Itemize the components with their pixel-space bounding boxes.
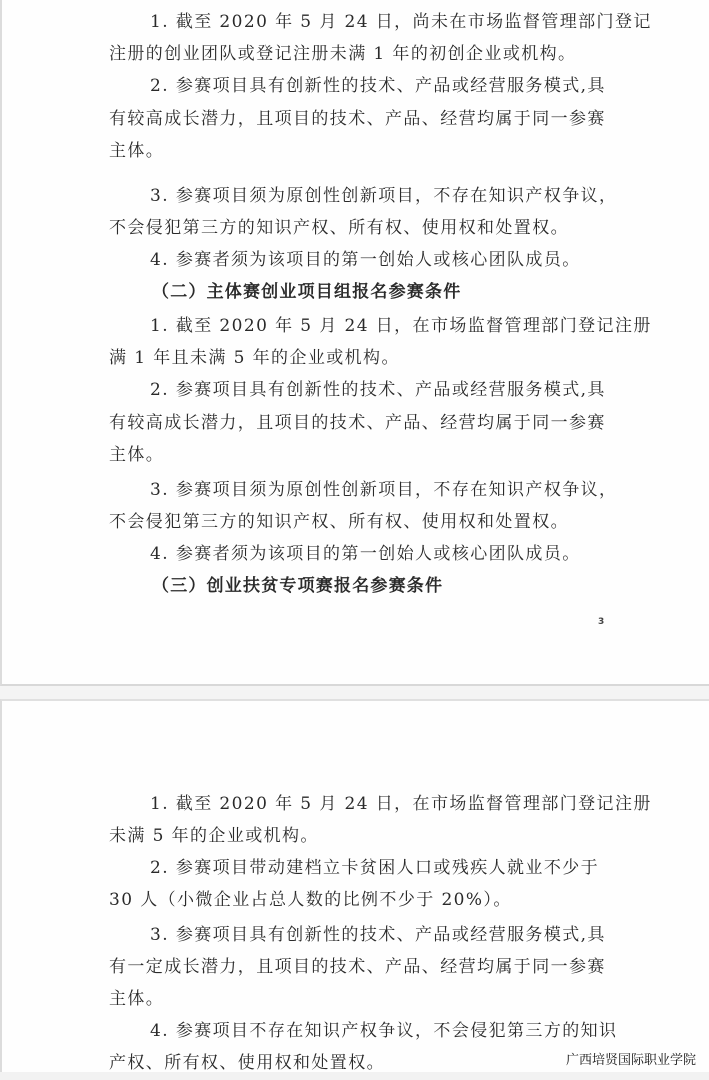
text-line: 产权、所有权、使用权和处置权。 [109, 1053, 385, 1073]
text-line: 3. 参赛项目须为原创性创新项目，不存在知识产权争议， [150, 186, 617, 206]
document-page-2: 1. 截至 2020 年 5 月 24 日，在市场监督管理部门登记注册 未满 5… [0, 699, 709, 1080]
text-line: 主体。 [109, 445, 164, 465]
text-line: 主体。 [109, 989, 164, 1009]
text-line: 不会侵犯第三方的知识产权、所有权、使用权和处置权。 [109, 512, 569, 532]
watermark-label: 广西培贤国际职业学院 [566, 1049, 696, 1068]
document-page-1: 1. 截至 2020 年 5 月 24 日，尚未在市场监督管理部门登记 注册的创… [0, 0, 709, 686]
text-line: 3. 参赛项目须为原创性创新项目，不存在知识产权争议， [150, 480, 617, 500]
section-heading-3: （三）创业扶贫专项赛报名参赛条件 [152, 576, 443, 596]
text-line: 注册的创业团队或登记注册未满 1 年的初创企业或机构。 [109, 44, 576, 64]
text-line: 4. 参赛项目不存在知识产权争议，不会侵犯第三方的知识 [150, 1021, 617, 1041]
text-line: 有较高成长潜力，且项目的技术、产品、经营均属于同一参赛 [109, 109, 606, 129]
page-number: 3 [598, 617, 604, 627]
text-line: 4. 参赛者须为该项目的第一创始人或核心团队成员。 [150, 544, 581, 564]
text-line: 满 1 年且未满 5 年的企业或机构。 [109, 348, 400, 368]
text-line: 有一定成长潜力，且项目的技术、产品、经营均属于同一参赛 [109, 957, 606, 977]
section-heading-2: （二）主体赛创业项目组报名参赛条件 [152, 282, 461, 302]
text-line: 未满 5 年的企业或机构。 [109, 826, 319, 846]
text-line: 3. 参赛项目具有创新性的技术、产品或经营服务模式,具 [150, 925, 606, 945]
text-line: 1. 截至 2020 年 5 月 24 日，尚未在市场监督管理部门登记 [150, 12, 652, 32]
text-line: 2. 参赛项目具有创新性的技术、产品或经营服务模式,具 [150, 380, 606, 400]
text-line: 主体。 [109, 141, 164, 161]
text-line: 1. 截至 2020 年 5 月 24 日，在市场监督管理部门登记注册 [150, 316, 652, 336]
bottom-strip [0, 1072, 709, 1080]
text-line: 1. 截至 2020 年 5 月 24 日，在市场监督管理部门登记注册 [150, 794, 652, 814]
text-line: 4. 参赛者须为该项目的第一创始人或核心团队成员。 [150, 250, 581, 270]
text-line: 30 人（小微企业占总人数的比例不少于 20%）。 [109, 890, 512, 910]
text-line: 2. 参赛项目具有创新性的技术、产品或经营服务模式,具 [150, 76, 606, 96]
text-line: 有较高成长潜力，且项目的技术、产品、经营均属于同一参赛 [109, 413, 606, 433]
text-line: 2. 参赛项目带动建档立卡贫困人口或残疾人就业不少于 [150, 858, 599, 878]
text-line: 不会侵犯第三方的知识产权、所有权、使用权和处置权。 [109, 218, 569, 238]
